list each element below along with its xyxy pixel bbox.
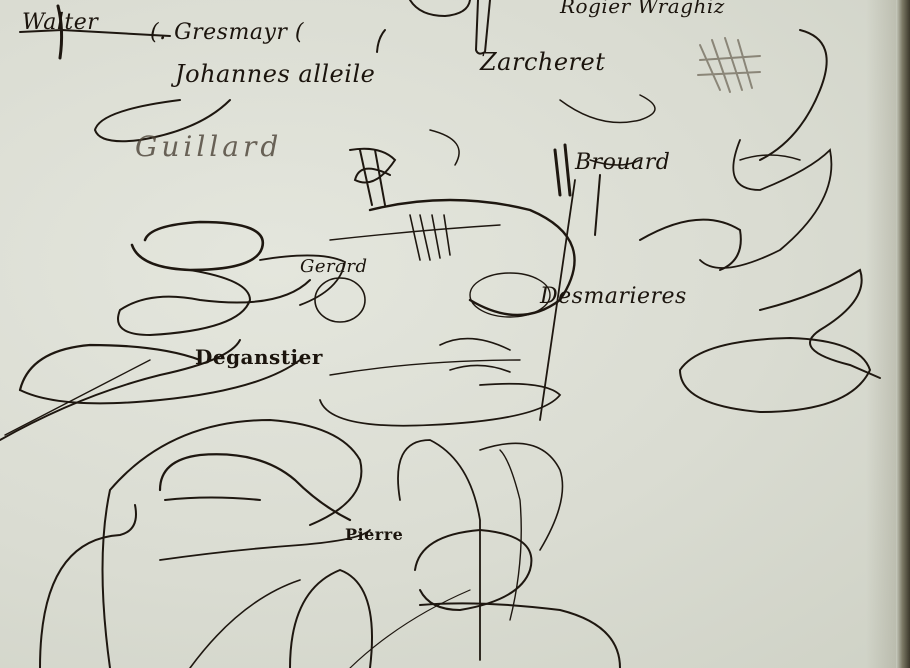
page-edge-shadow bbox=[866, 0, 896, 668]
manuscript-page: Walter (. Gresmayr ( Rogier Wraghiz Joha… bbox=[0, 0, 910, 668]
signature-guillard: Guillard bbox=[135, 130, 282, 163]
signature-top-right: Rogier Wraghiz bbox=[560, 0, 725, 18]
signature-brouard: Brouard bbox=[575, 150, 670, 175]
signature-deganstier: Deganstier bbox=[195, 345, 323, 369]
signature-johannes: Johannes alleile bbox=[175, 60, 375, 88]
signature-flourishes bbox=[0, 0, 910, 668]
signature-pierre: Pierre bbox=[345, 525, 403, 544]
signature-gerard: Gerard bbox=[300, 256, 368, 277]
signature-walter: Walter bbox=[22, 10, 98, 35]
signature-gresmayr: (. Gresmayr ( bbox=[150, 20, 304, 45]
page-edge bbox=[896, 0, 910, 668]
signature-desmarieres: Desmarieres bbox=[540, 284, 687, 309]
signature-zarcheret: Zarcheret bbox=[480, 48, 605, 76]
